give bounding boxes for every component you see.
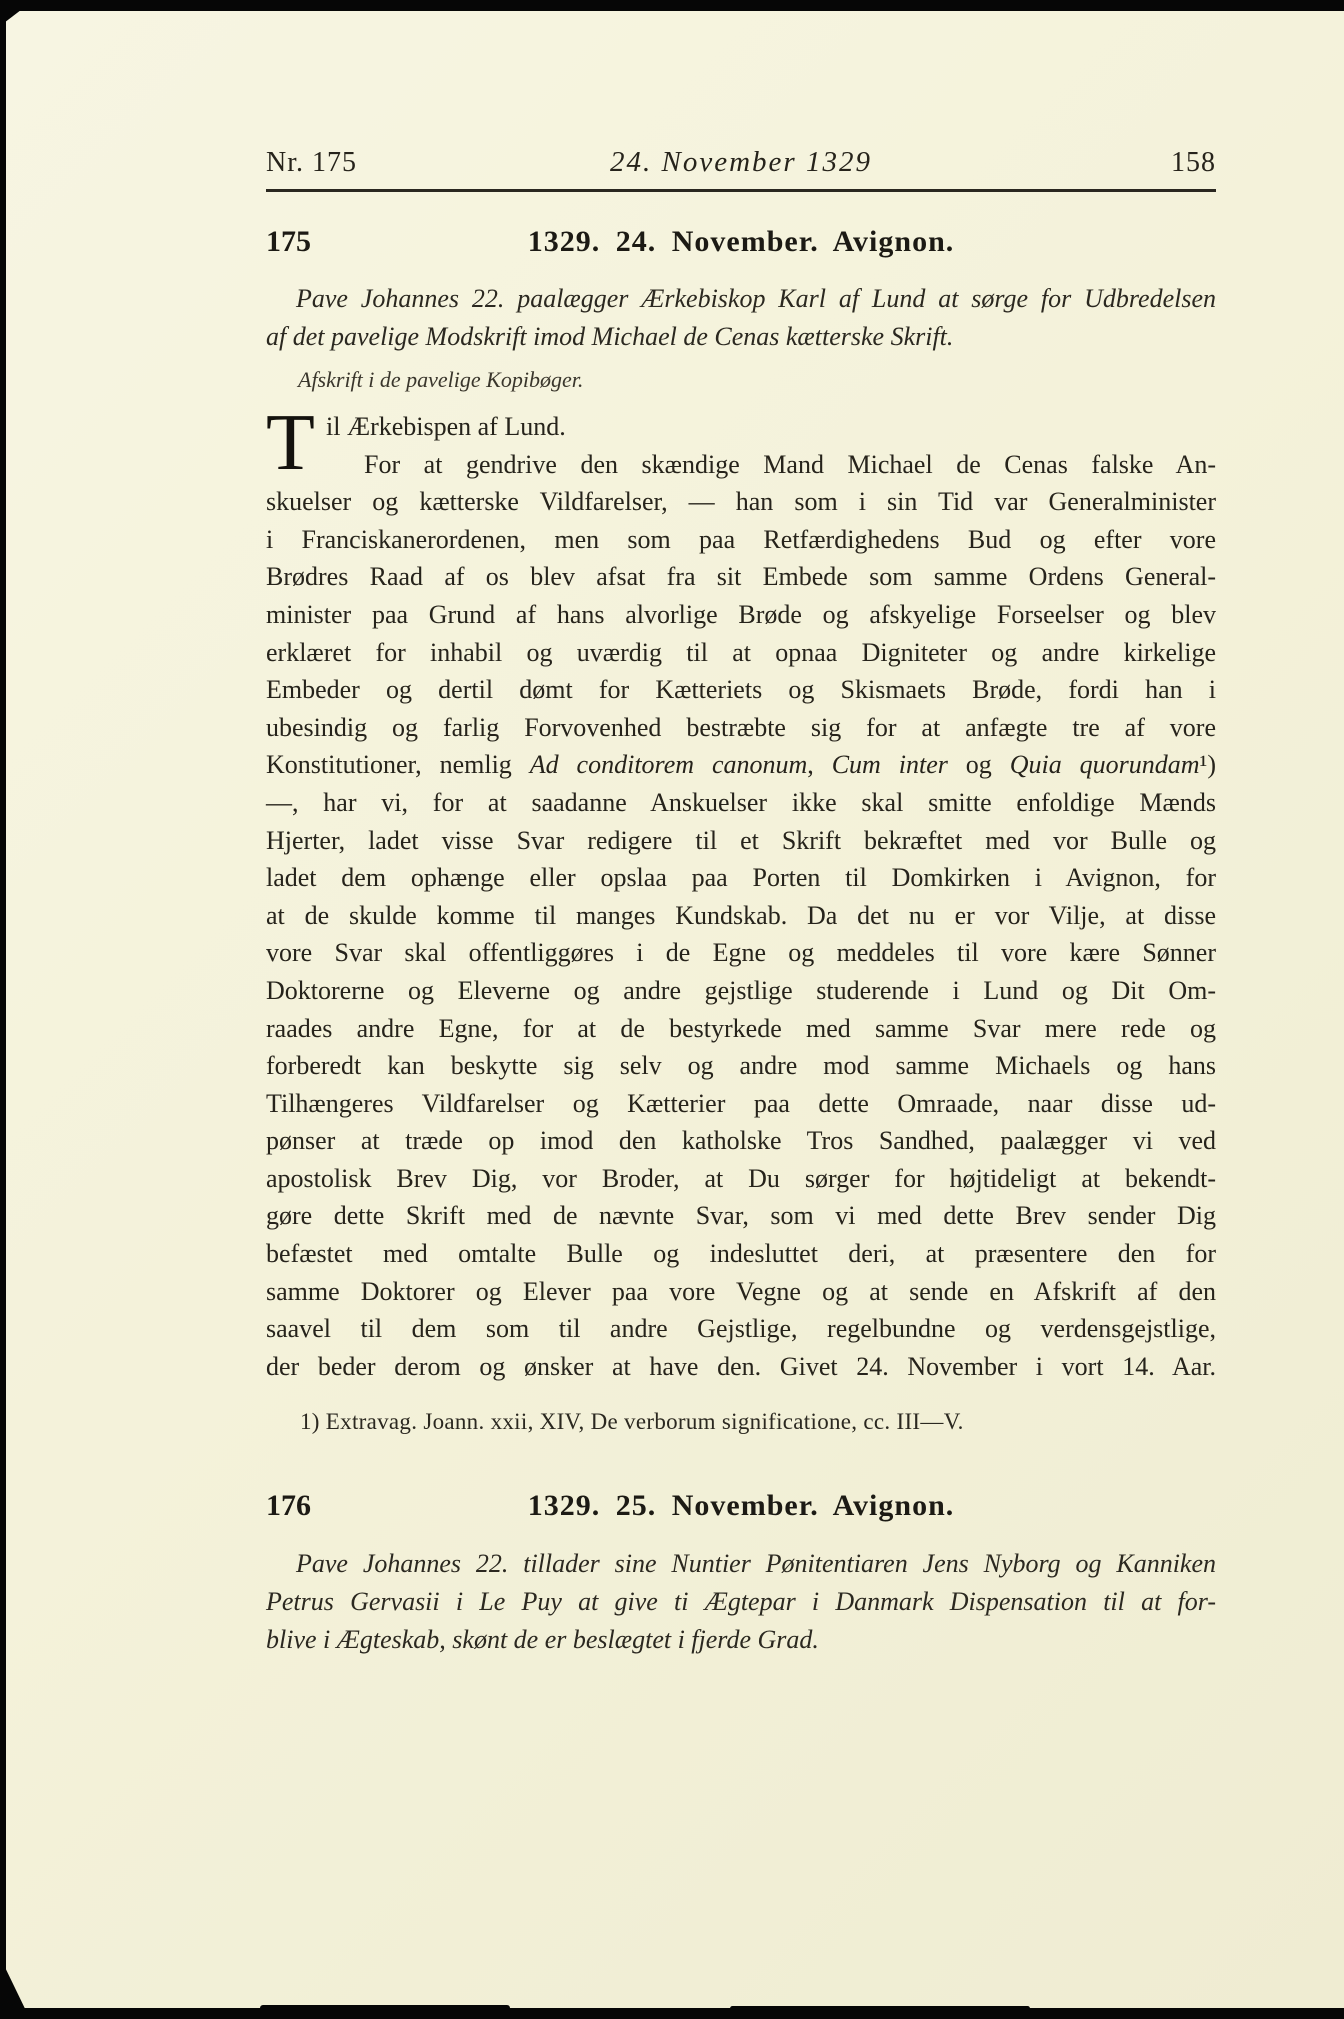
body-line: For at gendrive den skændige Mand Michae… (266, 446, 1216, 484)
body-line: i Franciskanerordenen, men som paa Retfæ… (266, 521, 1216, 559)
scan-corner-top-left (0, 0, 34, 26)
scan-border-artifact (260, 2005, 510, 2011)
page-number: 158 (976, 147, 1216, 179)
body-line: apostolisk Brev Dig, vor Broder, at Du s… (266, 1160, 1216, 1198)
entry-heading: 1329. 24. November. Avignon. (266, 225, 1216, 259)
entry-175-summary: Pave Johannes 22. paalægger Ærkebiskop K… (266, 280, 1216, 356)
entry-176-heading-row: 176 1329. 25. November. Avignon. (266, 1489, 1216, 1529)
entry-175-heading-row: 175 1329. 24. November. Avignon. (266, 225, 1216, 265)
body-line: vore Svar skal offentliggøres i de Egne … (266, 934, 1216, 972)
body-line: samme Doktorer og Elever paa vore Vegne … (266, 1273, 1216, 1311)
scan-corner-bottom-left (0, 1957, 30, 2019)
scan-border-left (0, 0, 6, 2019)
scan-border-bottom (0, 2008, 1344, 2019)
body-line: erklæret for inhabil og uværdig til at o… (266, 634, 1216, 672)
footnote: 1) Extravag. Joann. xxii, XIV, De verbor… (266, 1407, 1216, 1437)
body-line: at de skulde komme til manges Kundskab. … (266, 897, 1216, 935)
body-line: Embeder og dertil dømt for Kætteriets og… (266, 671, 1216, 709)
entry-number: 176 (266, 1489, 311, 1523)
body-lines: For at gendrive den skændige Mand Michae… (266, 446, 1216, 1386)
entry-175-body: T il Ærkebispen af Lund. For at gendrive… (266, 408, 1216, 1385)
body-line: raades andre Egne, for at de bestyrkede … (266, 1010, 1216, 1048)
entry-176: 176 1329. 25. November. Avignon. Pave Jo… (266, 1489, 1216, 1659)
source-note: Afskrift i de pavelige Kopibøger. (266, 365, 1216, 395)
body-line: forberedt kan beskytte sig selv og andre… (266, 1047, 1216, 1085)
body-line: Hjerter, ladet visse Svar redigere til e… (266, 822, 1216, 860)
body-line: saavel til dem som til andre Gejstlige, … (266, 1310, 1216, 1348)
body-line: minister paa Grund af hans alvorlige Brø… (266, 596, 1216, 634)
body-line: Konstitutioner, nemlig Ad conditorem can… (266, 746, 1216, 784)
scan-border-artifact (730, 2006, 1030, 2011)
scan-border-top (0, 0, 1344, 11)
running-head-entry-number: Nr. 175 (266, 147, 506, 179)
summary-line: af det pavelige Modskrift imod Michael d… (266, 318, 1216, 356)
summary-line: Petrus Gervasii i Le Puy at give ti Ægte… (266, 1583, 1216, 1621)
body-line: der beder derom og ønsker at have den. G… (266, 1348, 1216, 1386)
body-line: ubesindig og farlig Forvovenhed bestræbt… (266, 709, 1216, 747)
entry-175: 175 1329. 24. November. Avignon. Pave Jo… (266, 225, 1216, 1437)
body-line: Tilhængeres Vildfarelser og Kætterier pa… (266, 1085, 1216, 1123)
body-line: skuelser og kætterske Vildfarelser, — ha… (266, 483, 1216, 521)
running-head-date: 24. November 1329 (506, 146, 976, 179)
drop-cap: T (266, 411, 315, 475)
entry-heading: 1329. 25. November. Avignon. (266, 1489, 1216, 1523)
summary-line: blive i Ægteskab, skønt de er beslægtet … (266, 1621, 1216, 1659)
body-line: Doktorerne og Eleverne og andre gejstlig… (266, 972, 1216, 1010)
running-head: Nr. 175 24. November 1329 158 (266, 146, 1216, 184)
body-line: gøre dette Skrift med de nævnte Svar, so… (266, 1197, 1216, 1235)
body-line: befæstet med omtalte Bulle og indeslutte… (266, 1235, 1216, 1273)
body-line: —, har vi, for at saadanne Anskuelser ik… (266, 784, 1216, 822)
entry-176-summary: Pave Johannes 22. tillader sine Nuntier … (266, 1545, 1216, 1659)
body-line: Brødres Raad af os blev afsat fra sit Em… (266, 558, 1216, 596)
entry-number: 175 (266, 225, 311, 259)
salutation-line: il Ærkebispen af Lund. (266, 408, 1216, 446)
scanned-book-page: { "page_header": { "left": "Nr. 175", "c… (0, 0, 1344, 2019)
body-line: ladet dem ophænge eller opslaa paa Porte… (266, 859, 1216, 897)
body-line: pønser at træde op imod den katholske Tr… (266, 1122, 1216, 1160)
summary-line: Pave Johannes 22. paalægger Ærkebiskop K… (266, 280, 1216, 318)
summary-line: Pave Johannes 22. tillader sine Nuntier … (266, 1545, 1216, 1583)
header-rule (266, 189, 1216, 192)
page-content: Nr. 175 24. November 1329 158 175 1329. … (266, 0, 1216, 1659)
